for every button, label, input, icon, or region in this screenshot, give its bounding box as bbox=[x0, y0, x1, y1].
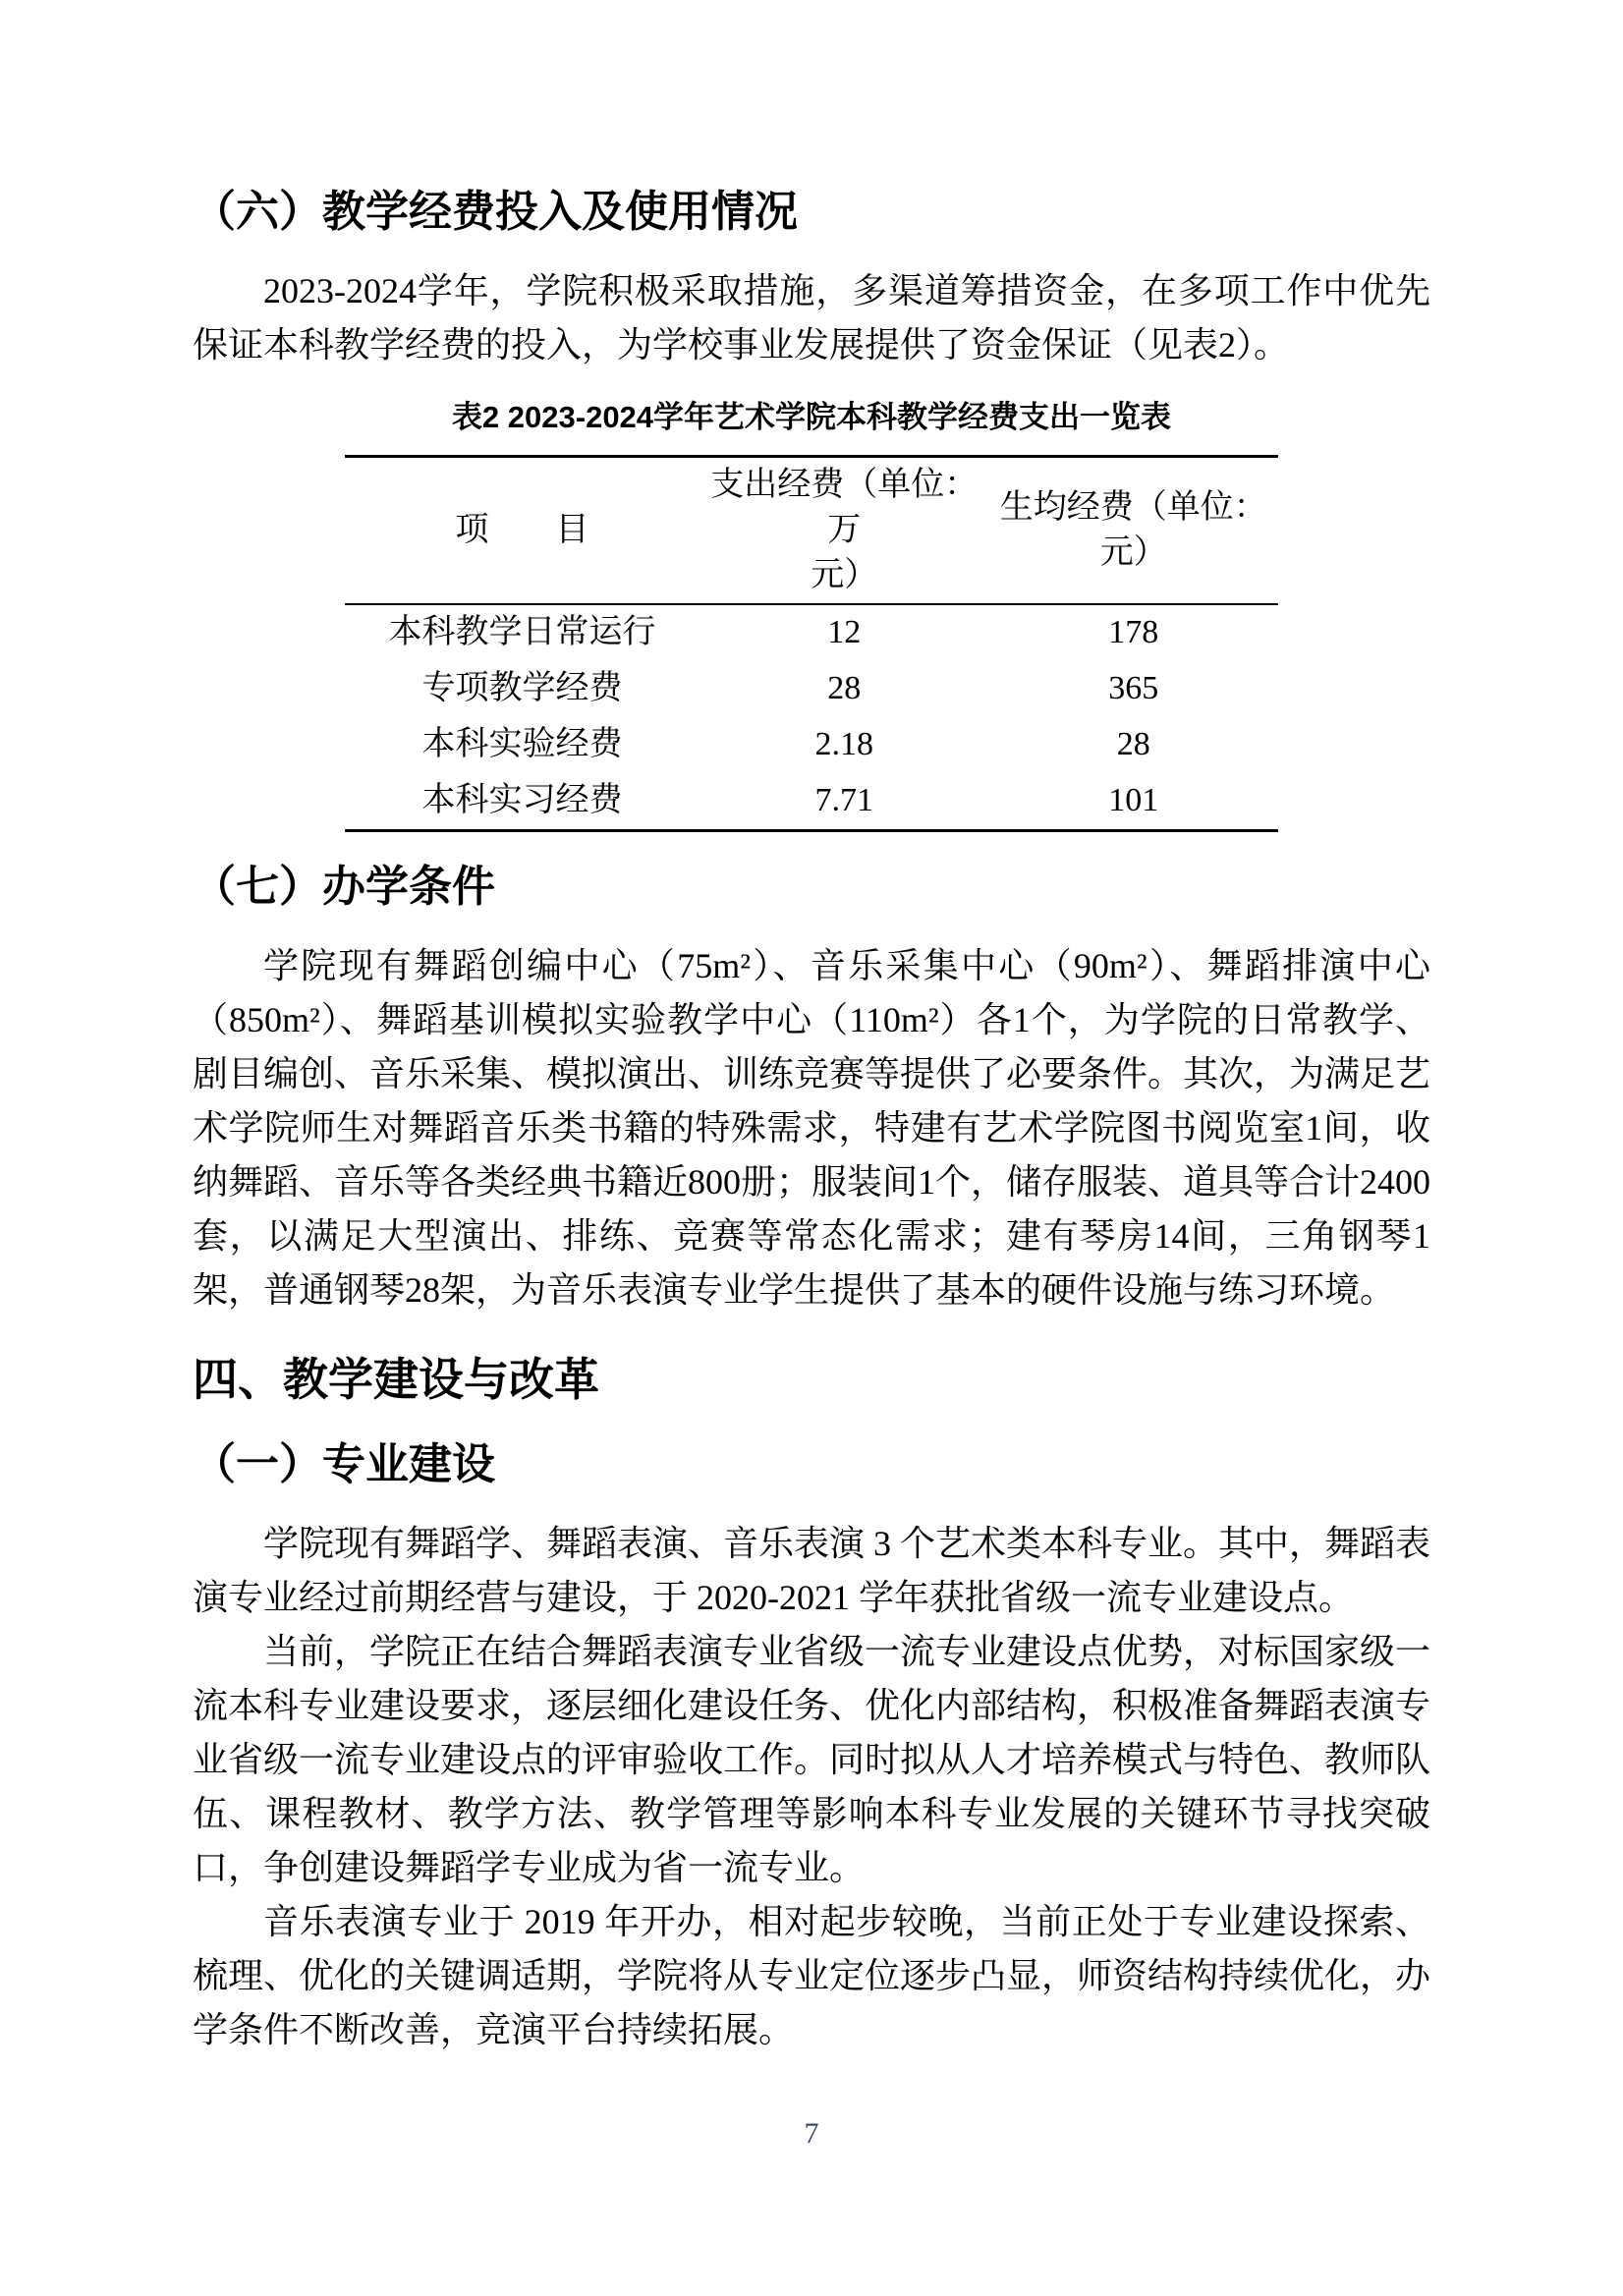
table-header-expense: 支出经费（单位：万 元） bbox=[700, 456, 989, 604]
row-item: 专项教学经费 bbox=[345, 661, 700, 717]
paragraph-conditions: 学院现有舞蹈创编中心（75m²）、音乐采集中心（90m²）、舞蹈排演中心（850… bbox=[193, 939, 1430, 1317]
table-header-expense-line2: 元） bbox=[703, 553, 985, 598]
row-expense: 28 bbox=[700, 661, 989, 717]
table-header-item: 项 目 bbox=[345, 456, 700, 604]
table-row: 专项教学经费 28 365 bbox=[345, 661, 1278, 717]
page-number: 7 bbox=[0, 2117, 1623, 2151]
table-header-expense-line1: 支出经费（单位：万 bbox=[703, 463, 985, 553]
row-expense: 7.71 bbox=[700, 773, 989, 831]
chapter-heading-teaching-reform: 四、教学建设与改革 bbox=[193, 1351, 1430, 1410]
paragraph-major-3: 音乐表演专业于 2019 年开办，相对起步较晚，当前正处于专业建设探索、梳理、优… bbox=[193, 1895, 1430, 2057]
table-row: 本科教学日常运行 12 178 bbox=[345, 604, 1278, 661]
table-header-per-student: 生均经费（单位： 元） bbox=[989, 456, 1279, 604]
paragraph-major-1: 学院现有舞蹈学、舞蹈表演、音乐表演 3 个艺术类本科专业。其中，舞蹈表演专业经过… bbox=[193, 1517, 1430, 1625]
document-page: （六）教学经费投入及使用情况 2023-2024学年，学院积极采取措施，多渠道筹… bbox=[0, 0, 1623, 2296]
row-item: 本科实习经费 bbox=[345, 773, 700, 831]
row-expense: 12 bbox=[700, 604, 989, 661]
row-per-student: 178 bbox=[989, 604, 1279, 661]
row-expense: 2.18 bbox=[700, 717, 989, 773]
row-item: 本科实验经费 bbox=[345, 717, 700, 773]
table-row: 本科实验经费 2.18 28 bbox=[345, 717, 1278, 773]
row-per-student: 365 bbox=[989, 661, 1279, 717]
table-caption: 表2 2023-2024学年艺术学院本科教学经费支出一览表 bbox=[193, 396, 1430, 438]
table-row: 本科实习经费 7.71 101 bbox=[345, 773, 1278, 831]
section-heading-conditions: （七）办学条件 bbox=[193, 858, 1430, 916]
row-per-student: 101 bbox=[989, 773, 1279, 831]
table-header-per-student-line2: 元） bbox=[993, 531, 1275, 576]
table-header-row: 项 目 支出经费（单位：万 元） 生均经费（单位： 元） bbox=[345, 456, 1278, 604]
section-heading-funding: （六）教学经费投入及使用情况 bbox=[193, 183, 1430, 241]
table-header-per-student-line1: 生均经费（单位： bbox=[993, 485, 1275, 531]
row-item: 本科教学日常运行 bbox=[345, 604, 700, 661]
paragraph-major-2: 当前，学院正在结合舞蹈表演专业省级一流专业建设点优势，对标国家级一流本科专业建设… bbox=[193, 1625, 1430, 1895]
section-heading-major-construction: （一）专业建设 bbox=[193, 1435, 1430, 1493]
row-per-student: 28 bbox=[989, 717, 1279, 773]
paragraph-funding: 2023-2024学年，学院积极采取措施，多渠道筹措资金，在多项工作中优先保证本… bbox=[193, 264, 1430, 372]
funding-table: 项 目 支出经费（单位：万 元） 生均经费（单位： 元） 本科教学日常运行 12… bbox=[345, 455, 1278, 832]
